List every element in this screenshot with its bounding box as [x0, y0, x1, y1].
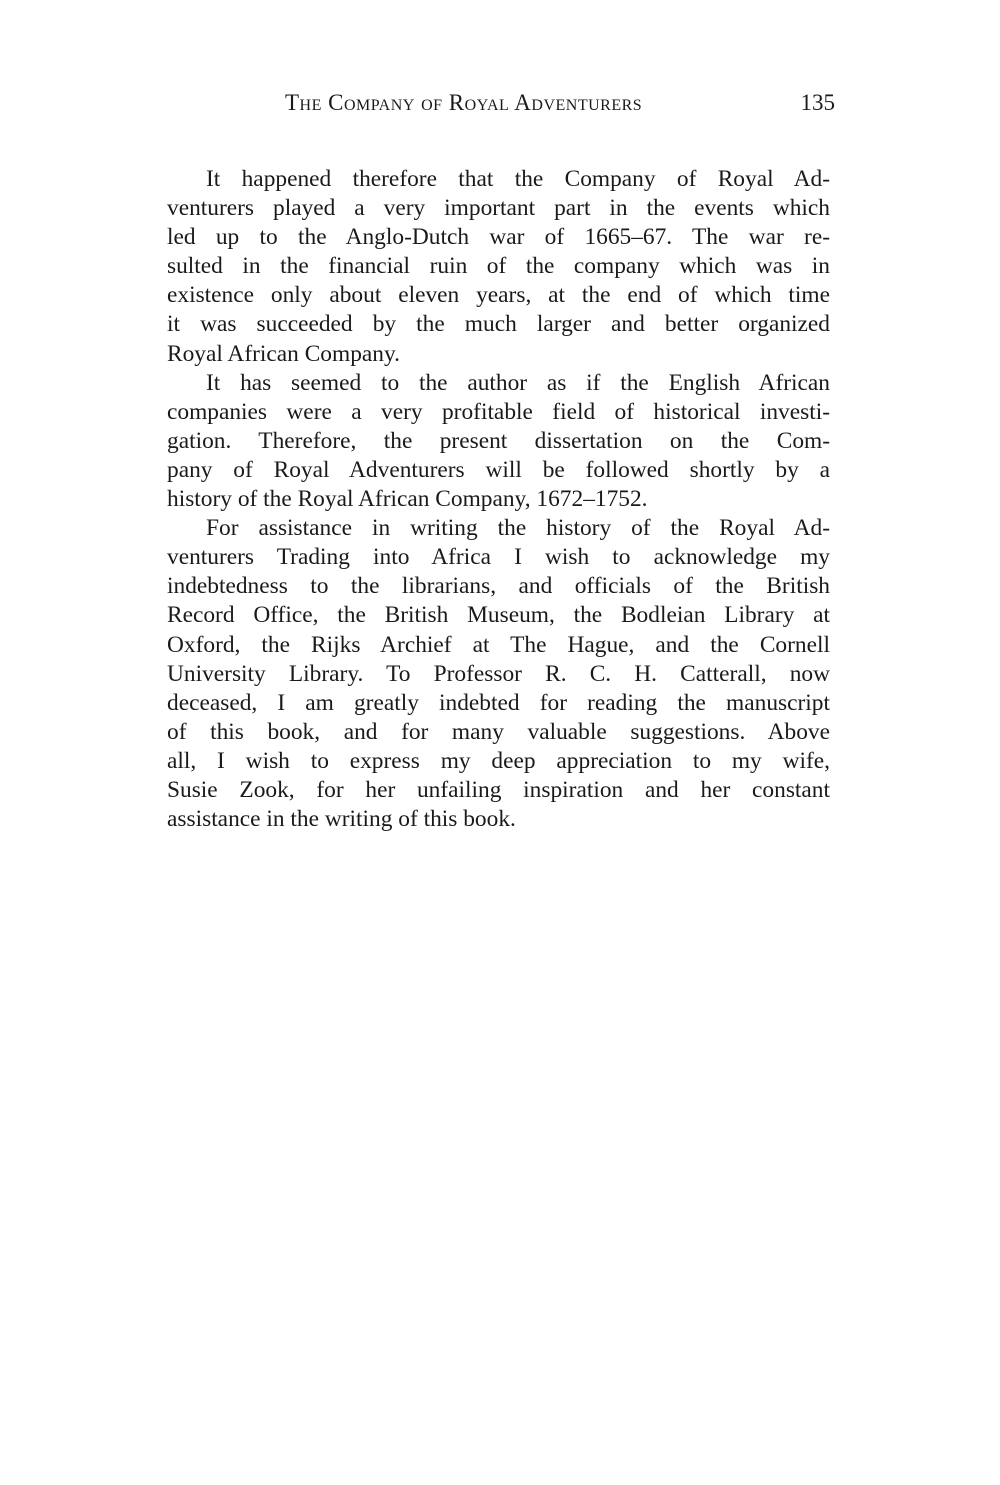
text-line: venturers played a very important part i… — [167, 194, 830, 223]
text-line: Royal African Company. — [167, 340, 830, 369]
body-text: It happened therefore that the Company o… — [167, 165, 830, 834]
text-line: venturers Trading into Africa I wish to … — [167, 543, 830, 572]
text-line: indebtedness to the librarians, and offi… — [167, 572, 830, 601]
paragraph-1: It happened therefore that the Company o… — [167, 165, 830, 369]
text-line: of this book, and for many valuable sugg… — [167, 718, 830, 747]
text-line: gation. Therefore, the present dissertat… — [167, 427, 830, 456]
text-line: pany of Royal Adventurers will be follow… — [167, 456, 830, 485]
text-line: Susie Zook, for her unfailing inspiratio… — [167, 776, 830, 805]
text-line: it was succeeded by the much larger and … — [167, 310, 830, 339]
book-page: The Company of Royal Adventurers 135 It … — [0, 0, 1000, 1485]
paragraph-2: It has seemed to the author as if the En… — [167, 369, 830, 514]
page-number: 135 — [801, 90, 836, 116]
text-line: Oxford, the Rijks Archief at The Hague, … — [167, 631, 830, 660]
running-head: The Company of Royal Adventurers 135 — [285, 90, 835, 120]
text-line: existence only about eleven years, at th… — [167, 281, 830, 310]
text-line: companies were a very profitable field o… — [167, 398, 830, 427]
text-line: It happened therefore that the Company o… — [167, 165, 830, 194]
text-line: history of the Royal African Company, 16… — [167, 485, 830, 514]
running-head-title: The Company of Royal Adventurers — [285, 90, 642, 116]
text-line: all, I wish to express my deep appreciat… — [167, 747, 830, 776]
text-line: sulted in the financial ruin of the comp… — [167, 252, 830, 281]
paragraph-3: For assistance in writing the history of… — [167, 514, 830, 834]
text-line: It has seemed to the author as if the En… — [167, 369, 830, 398]
text-line: led up to the Anglo-Dutch war of 1665–67… — [167, 223, 830, 252]
text-line: assistance in the writing of this book. — [167, 805, 830, 834]
text-line: Record Office, the British Museum, the B… — [167, 601, 830, 630]
text-line: deceased, I am greatly indebted for read… — [167, 689, 830, 718]
text-line: For assistance in writing the history of… — [167, 514, 830, 543]
text-line: University Library. To Professor R. C. H… — [167, 660, 830, 689]
